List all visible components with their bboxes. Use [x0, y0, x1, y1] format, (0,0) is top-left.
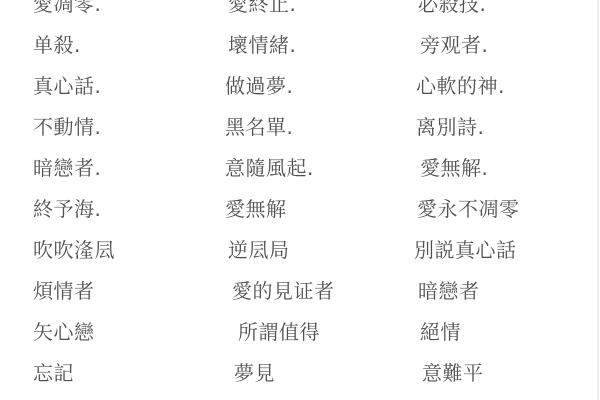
list-item: 煩情者	[33, 276, 95, 306]
list-item: 旁观者.	[420, 30, 488, 60]
page-edge-divider	[597, 0, 599, 400]
name-list-grid: 愛凋零. 愛終止. 必殺技. 单殺. 壞情緒. 旁观者. 真心話. 做過夢. 心…	[0, 0, 600, 400]
list-item: 做過夢.	[225, 71, 293, 101]
list-item: 意隨風起.	[225, 153, 314, 183]
list-item: 絕情	[420, 317, 461, 347]
list-item: 单殺.	[33, 30, 81, 60]
list-row: 忘記 夢見 意難平	[0, 358, 600, 388]
list-row: 不動情. 黑名單. 离別詩.	[0, 112, 600, 142]
list-item: 意難平	[422, 358, 484, 388]
list-row: 煩情者 愛的見证者 暗戀者	[0, 276, 600, 306]
list-item: 暗戀者.	[33, 153, 101, 183]
list-item: 愛的見证者	[232, 276, 335, 306]
list-row: 暗戀者. 意隨風起. 愛無解.	[0, 153, 600, 183]
list-item: 不動情.	[33, 112, 101, 142]
list-item: 別説真心話	[414, 235, 517, 265]
list-item: 夢見	[234, 358, 275, 388]
list-item: 忘記	[33, 358, 74, 388]
list-item: 逆凨局	[228, 235, 290, 265]
list-item: 黑名單.	[225, 112, 293, 142]
list-item: 所謂值得	[238, 317, 320, 347]
list-item: 愛無解	[225, 194, 287, 224]
list-item: 愛終止.	[228, 0, 296, 19]
list-item: 終予海.	[33, 194, 101, 224]
list-row: 終予海. 愛無解 愛永不凋零	[0, 194, 600, 224]
list-item: 离別詩.	[416, 112, 484, 142]
list-item: 真心話.	[33, 71, 101, 101]
list-item: 必殺技.	[418, 0, 486, 19]
list-row: 愛凋零. 愛終止. 必殺技.	[0, 0, 600, 19]
list-item: 吹吹湰凨	[33, 235, 115, 265]
list-row: 矢心戀 所謂值得 絕情	[0, 317, 600, 347]
list-row: 吹吹湰凨 逆凨局 別説真心話	[0, 235, 600, 265]
list-item: 愛無解.	[420, 153, 488, 183]
list-item: 暗戀者	[418, 276, 480, 306]
list-row: 真心話. 做過夢. 心軟的神.	[0, 71, 600, 101]
list-item: 愛凋零.	[33, 0, 101, 19]
list-item: 愛永不凋零	[417, 194, 520, 224]
list-item: 壞情緒.	[228, 30, 296, 60]
list-row: 单殺. 壞情緒. 旁观者.	[0, 30, 600, 60]
list-item: 心軟的神.	[416, 71, 505, 101]
list-item: 矢心戀	[33, 317, 95, 347]
